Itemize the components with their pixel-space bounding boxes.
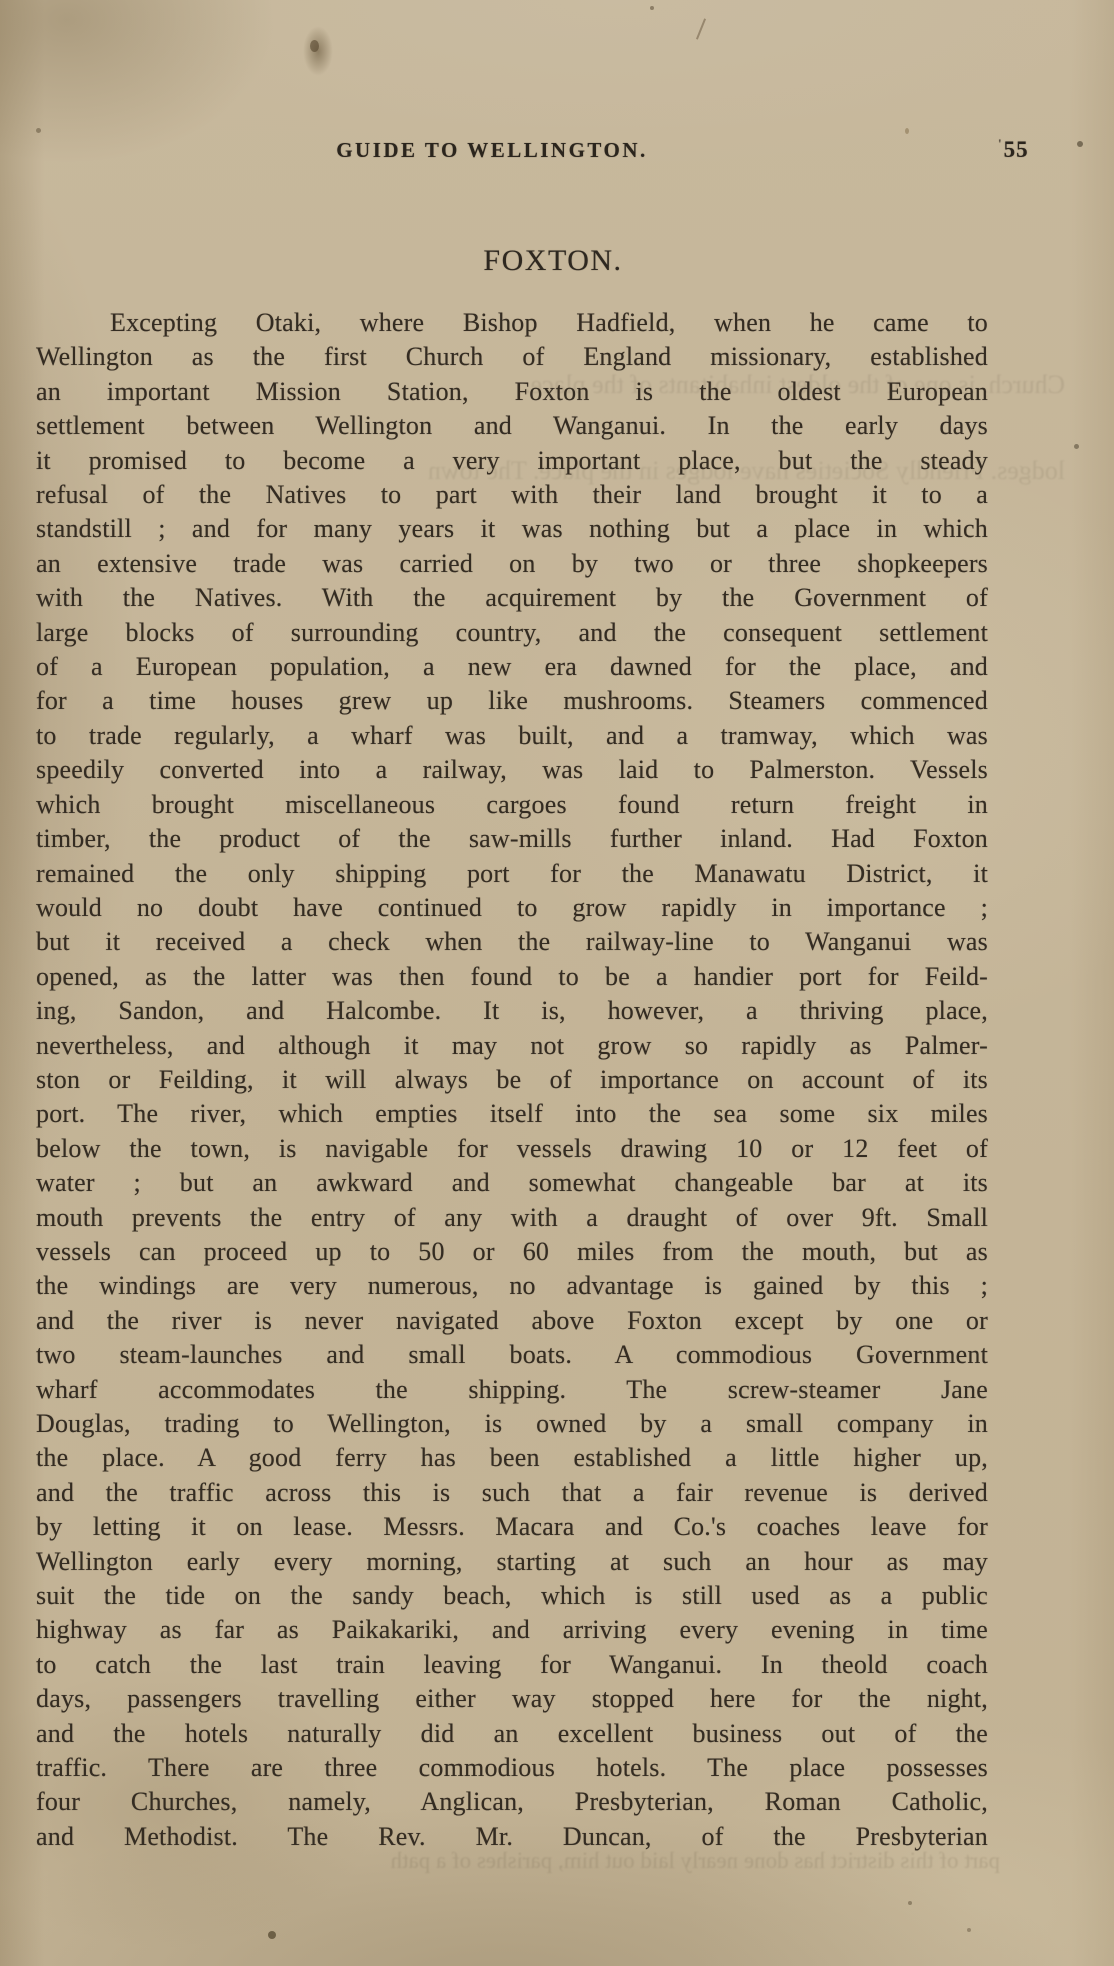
text-line: ing, Sandon, and Halcombe. It is, howeve…	[36, 994, 988, 1028]
scanned-book-page: Church, is one of the oldest inhabitants…	[0, 0, 1114, 1966]
text-line: traffic. There are three commodious hote…	[36, 1751, 988, 1785]
text-line: the windings are very numerous, no advan…	[36, 1269, 988, 1303]
text-line: Wellington as the first Church of Englan…	[36, 340, 988, 374]
text-line: but it received a check when the railway…	[36, 925, 988, 959]
text-line: to trade regularly, a wharf was built, a…	[36, 719, 988, 753]
page-number: '55	[998, 136, 1029, 163]
text-line: which brought miscellaneous cargoes foun…	[36, 788, 988, 822]
text-line: an extensive trade was carried on by two…	[36, 547, 988, 581]
text-line: timber, the product of the saw-mills fur…	[36, 822, 988, 856]
text-line: of a European population, a new era dawn…	[36, 650, 988, 684]
text-line: with the Natives. With the acquirement b…	[36, 581, 988, 615]
text-line: vessels can proceed up to 50 or 60 miles…	[36, 1235, 988, 1269]
text-line: opened, as the latter was then found to …	[36, 960, 988, 994]
text-line: for a time houses grew up like mushrooms…	[36, 684, 988, 718]
text-line: it promised to become a very important p…	[36, 444, 988, 478]
text-line: two steam-launches and small boats. A co…	[36, 1338, 988, 1372]
text-line: water ; but an awkward and somewhat chan…	[36, 1166, 988, 1200]
text-line: and Methodist. The Rev. Mr. Duncan, of t…	[36, 1820, 988, 1854]
page-number-mark: '	[998, 136, 1003, 151]
text-line: ston or Feilding, it will always be of i…	[36, 1063, 988, 1097]
text-line: by letting it on lease. Messrs. Macara a…	[36, 1510, 988, 1544]
body-text: Excepting Otaki, where Bishop Hadfield, …	[36, 306, 988, 1854]
text-line: and the traffic across this is such that…	[36, 1476, 988, 1510]
text-line: large blocks of surrounding country, and…	[36, 616, 988, 650]
page-number-value: 55	[1004, 137, 1029, 162]
text-line: remained the only shipping port for the …	[36, 857, 988, 891]
text-line: refusal of the Natives to part with thei…	[36, 478, 988, 512]
text-line: below the town, is navigable for vessels…	[36, 1132, 988, 1166]
text-line: the place. A good ferry has been establi…	[36, 1441, 988, 1475]
text-line: to catch the last train leaving for Wang…	[36, 1648, 988, 1682]
text-line: days, passengers travelling either way s…	[36, 1682, 988, 1716]
text-line: speedily converted into a railway, was l…	[36, 753, 988, 787]
section-title: FOXTON.	[483, 244, 622, 278]
running-header: GUIDE TO WELLINGTON.	[336, 138, 648, 163]
text-line: suit the tide on the sandy beach, which …	[36, 1579, 988, 1613]
text-line: port. The river, which empties itself in…	[36, 1097, 988, 1131]
text-line: would no doubt have continued to grow ra…	[36, 891, 988, 925]
text-line: and the river is never navigated above F…	[36, 1304, 988, 1338]
text-line: and the hotels naturally did an excellen…	[36, 1717, 988, 1751]
text-line: nevertheless, and although it may not gr…	[36, 1029, 988, 1063]
text-line: four Churches, namely, Anglican, Presbyt…	[36, 1785, 988, 1819]
text-line: Douglas, trading to Wellington, is owned…	[36, 1407, 988, 1441]
text-line: highway as far as Paikakariki, and arriv…	[36, 1613, 988, 1647]
text-line: standstill ; and for many years it was n…	[36, 512, 988, 546]
text-line: wharf accommodates the shipping. The scr…	[36, 1373, 988, 1407]
text-line: settlement between Wellington and Wangan…	[36, 409, 988, 443]
printed-content: GUIDE TO WELLINGTON. '55 FOXTON. Excepti…	[0, 0, 1114, 1966]
text-line: Wellington early every morning, starting…	[36, 1545, 988, 1579]
text-line: an important Mission Station, Foxton is …	[36, 375, 988, 409]
text-line: mouth prevents the entry of any with a d…	[36, 1201, 988, 1235]
text-line: Excepting Otaki, where Bishop Hadfield, …	[36, 306, 988, 340]
